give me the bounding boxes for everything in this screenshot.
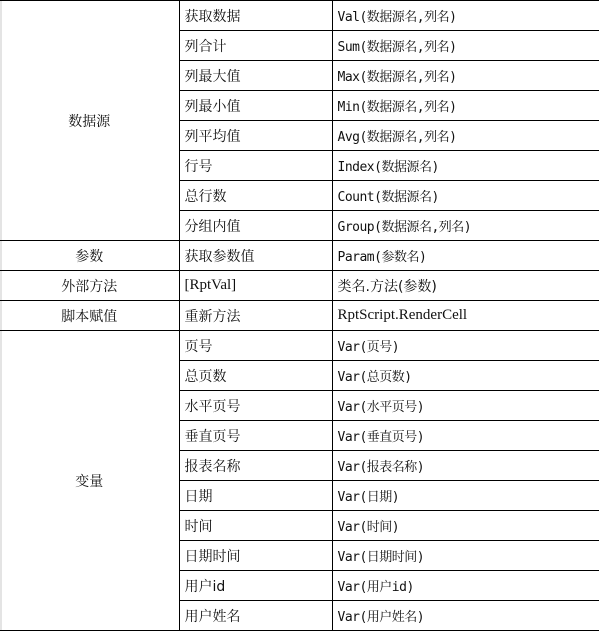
function-syntax-cell: Group(数据源名,列名) <box>332 211 599 241</box>
function-name-cell: 报表名称 <box>179 451 332 481</box>
function-syntax-cell: Var(时间) <box>332 511 599 541</box>
function-syntax-cell: Min(数据源名,列名) <box>332 91 599 121</box>
function-syntax-cell: Var(用户姓名) <box>332 601 599 631</box>
category-cell: 参数 <box>0 241 179 271</box>
function-name-cell: 重新方法 <box>179 301 332 331</box>
function-name-cell: 日期时间 <box>179 541 332 571</box>
function-syntax-cell: Max(数据源名,列名) <box>332 61 599 91</box>
table-row: 外部方法 [RptVal] 类名.方法(参数) <box>0 271 599 301</box>
function-name-cell: 列最大值 <box>179 61 332 91</box>
function-name-cell: 总页数 <box>179 361 332 391</box>
table-row: 数据源 获取数据 Val(数据源名,列名) <box>0 1 599 31</box>
table-row: 脚本赋值 重新方法 RptScript.RenderCell <box>0 301 599 331</box>
function-syntax-cell: RptScript.RenderCell <box>332 301 599 331</box>
function-name-cell: [RptVal] <box>179 271 332 301</box>
function-name-cell: 获取数据 <box>179 1 332 31</box>
function-name-cell: 列平均值 <box>179 121 332 151</box>
function-syntax-cell: Var(垂直页号) <box>332 421 599 451</box>
table-row: 变量 页号 Var(页号) <box>0 331 599 361</box>
function-name-cell: 页号 <box>179 331 332 361</box>
function-syntax-cell: Val(数据源名,列名) <box>332 1 599 31</box>
category-cell: 变量 <box>0 331 179 631</box>
function-syntax-cell: Var(日期时间) <box>332 541 599 571</box>
function-name-cell: 日期 <box>179 481 332 511</box>
function-name-cell: 总行数 <box>179 181 332 211</box>
function-syntax-cell: Var(页号) <box>332 331 599 361</box>
function-syntax-cell: Var(用户id) <box>332 571 599 601</box>
function-syntax-cell: 类名.方法(参数) <box>332 271 599 301</box>
function-syntax-cell: Var(总页数) <box>332 361 599 391</box>
function-syntax-cell: Var(日期) <box>332 481 599 511</box>
function-name-cell: 列合计 <box>179 31 332 61</box>
function-name-cell: 水平页号 <box>179 391 332 421</box>
function-syntax-cell: Var(报表名称) <box>332 451 599 481</box>
function-name-cell: 分组内值 <box>179 211 332 241</box>
function-name-cell: 用户姓名 <box>179 601 332 631</box>
category-cell: 外部方法 <box>0 271 179 301</box>
table-row: 参数 获取参数值 Param(参数名) <box>0 241 599 271</box>
function-reference-table: 数据源 获取数据 Val(数据源名,列名) 列合计 Sum(数据源名,列名) 列… <box>0 0 599 631</box>
function-name-cell: 垂直页号 <box>179 421 332 451</box>
table-body: 数据源 获取数据 Val(数据源名,列名) 列合计 Sum(数据源名,列名) 列… <box>0 1 599 631</box>
function-name-cell: 行号 <box>179 151 332 181</box>
function-syntax-cell: Count(数据源名) <box>332 181 599 211</box>
function-syntax-cell: Sum(数据源名,列名) <box>332 31 599 61</box>
function-name-cell: 列最小值 <box>179 91 332 121</box>
function-name-cell: 用户id <box>179 571 332 601</box>
function-syntax-cell: Index(数据源名) <box>332 151 599 181</box>
function-syntax-cell: Avg(数据源名,列名) <box>332 121 599 151</box>
function-syntax-cell: Param(参数名) <box>332 241 599 271</box>
function-name-cell: 获取参数值 <box>179 241 332 271</box>
category-cell: 数据源 <box>0 1 179 241</box>
function-syntax-cell: Var(水平页号) <box>332 391 599 421</box>
category-cell: 脚本赋值 <box>0 301 179 331</box>
function-name-cell: 时间 <box>179 511 332 541</box>
